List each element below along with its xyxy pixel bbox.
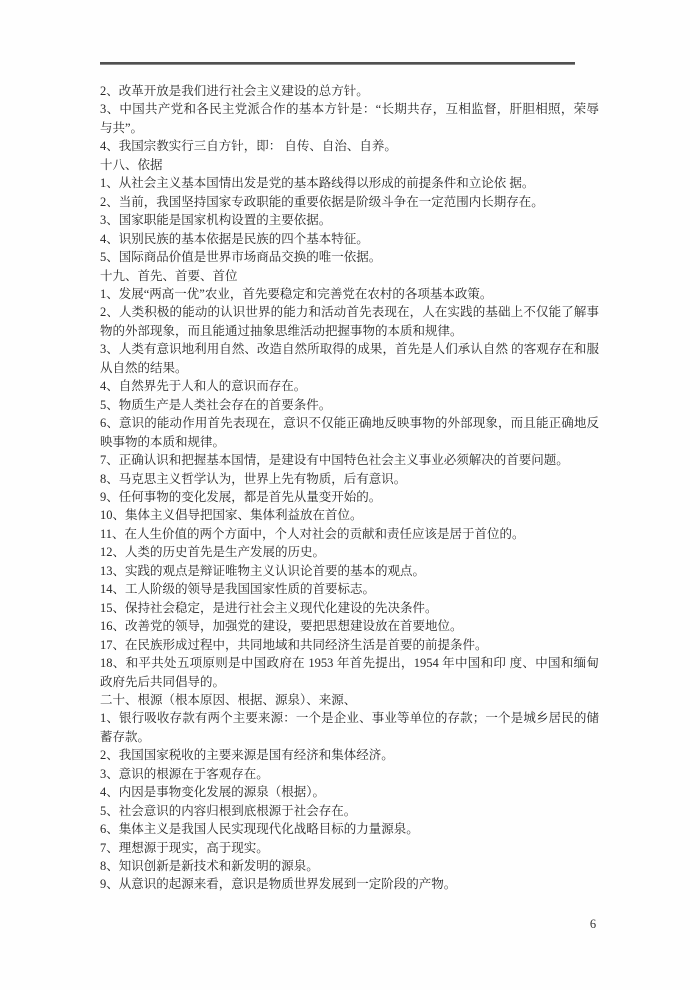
paragraph: 1、从社会主义基本国情出发是党的基本路线得以形成的前提条件和立论依 据。 [100, 174, 599, 192]
paragraph: 2、人类积极的能动的认识世界的能力和活动首先表现在，人在实践的基础上不仅能了解事… [100, 303, 599, 340]
paragraph: 4、自然界先于人和人的意识而存在。 [100, 377, 599, 395]
document-body: 2、改革开放是我们进行社会主义建设的总方针。 3、中国共产党和各民主党派合作的基… [100, 82, 599, 894]
paragraph: 8、知识创新是新技术和新发明的源泉。 [100, 857, 599, 875]
paragraph: 15、保持社会稳定，是进行社会主义现代化建设的先决条件。 [100, 599, 599, 617]
paragraph: 3、国家职能是国家机构设置的主要依据。 [100, 211, 599, 229]
paragraph: 5、物质生产是人类社会存在的首要条件。 [100, 396, 599, 414]
paragraph: 7、正确认识和把握基本国情，是建设有中国特色社会主义事业必须解决的首要问题。 [100, 451, 599, 469]
paragraph: 4、识别民族的基本依据是民族的四个基本特征。 [100, 230, 599, 248]
paragraph: 5、国际商品价值是世界市场商品交换的唯一依据。 [100, 248, 599, 266]
paragraph: 2、改革开放是我们进行社会主义建设的总方针。 [100, 82, 599, 100]
paragraph: 16、改善党的领导，加强党的建设，要把思想建设放在首要地位。 [100, 617, 599, 635]
paragraph: 4、内因是事物变化发展的源泉（根据）。 [100, 783, 599, 801]
paragraph: 3、中国共产党和各民主党派合作的基本方针是：“长期共存，互相监督，肝胆相照，荣辱… [100, 100, 599, 137]
paragraph: 14、工人阶级的领导是我国国家性质的首要标志。 [100, 580, 599, 598]
paragraph: 9、从意识的起源来看，意识是物质世界发展到一定阶段的产物。 [100, 875, 599, 893]
paragraph: 1、银行吸收存款有两个主要来源：一个是企业、事业等单位的存款；一个是城乡居民的储… [100, 709, 599, 746]
paragraph: 18、和平共处五项原则是中国政府在 1953 年首先提出，1954 年中国和印 … [100, 654, 599, 691]
paragraph: 3、人类有意识地利用自然、改造自然所取得的成果，首先是人们承认自然 的客观存在和… [100, 340, 599, 377]
paragraph: 4、我国宗教实行三自方针，即： 自传、自治、自养。 [100, 137, 599, 155]
document-page: 2、改革开放是我们进行社会主义建设的总方针。 3、中国共产党和各民主党派合作的基… [0, 0, 700, 990]
paragraph: 7、理想源于现实，高于现实。 [100, 839, 599, 857]
paragraph: 6、意识的能动作用首先表现在，意识不仅能正确地反映事物的外部现象，而且能正确地反… [100, 414, 599, 451]
header-rule [100, 62, 575, 65]
page-number: 6 [586, 917, 600, 932]
section-heading: 二十、根源（根本原因、根据、源泉）、来源、 [100, 691, 599, 709]
section-heading: 十八、依据 [100, 156, 599, 174]
paragraph: 2、我国国家税收的主要来源是国有经济和集体经济。 [100, 746, 599, 764]
paragraph: 2、当前，我国坚持国家专政职能的重要依据是阶级斗争在一定范围内长期存在。 [100, 193, 599, 211]
paragraph: 3、意识的根源在于客观存在。 [100, 765, 599, 783]
paragraph: 5、社会意识的内容归根到底根源于社会存在。 [100, 802, 599, 820]
paragraph: 8、马克思主义哲学认为，世界上先有物质，后有意识。 [100, 470, 599, 488]
paragraph: 10、集体主义倡导把国家、集体利益放在首位。 [100, 506, 599, 524]
paragraph: 6、集体主义是我国人民实现现代化战略目标的力量源泉。 [100, 820, 599, 838]
paragraph: 1、发展“两高一优”农业，首先要稳定和完善党在农村的各项基本政策。 [100, 285, 599, 303]
paragraph: 11、在人生价值的两个方面中，个人对社会的贡献和责任应该是居于首位的。 [100, 525, 599, 543]
paragraph: 9、任何事物的变化发展，都是首先从量变开始的。 [100, 488, 599, 506]
paragraph: 12、人类的历史首先是生产发展的历史。 [100, 543, 599, 561]
paragraph: 13、实践的观点是辩证唯物主义认识论首要的基本的观点。 [100, 562, 599, 580]
paragraph: 17、在民族形成过程中，共同地域和共同经济生活是首要的前提条件。 [100, 636, 599, 654]
section-heading: 十九、首先、首要、首位 [100, 267, 599, 285]
